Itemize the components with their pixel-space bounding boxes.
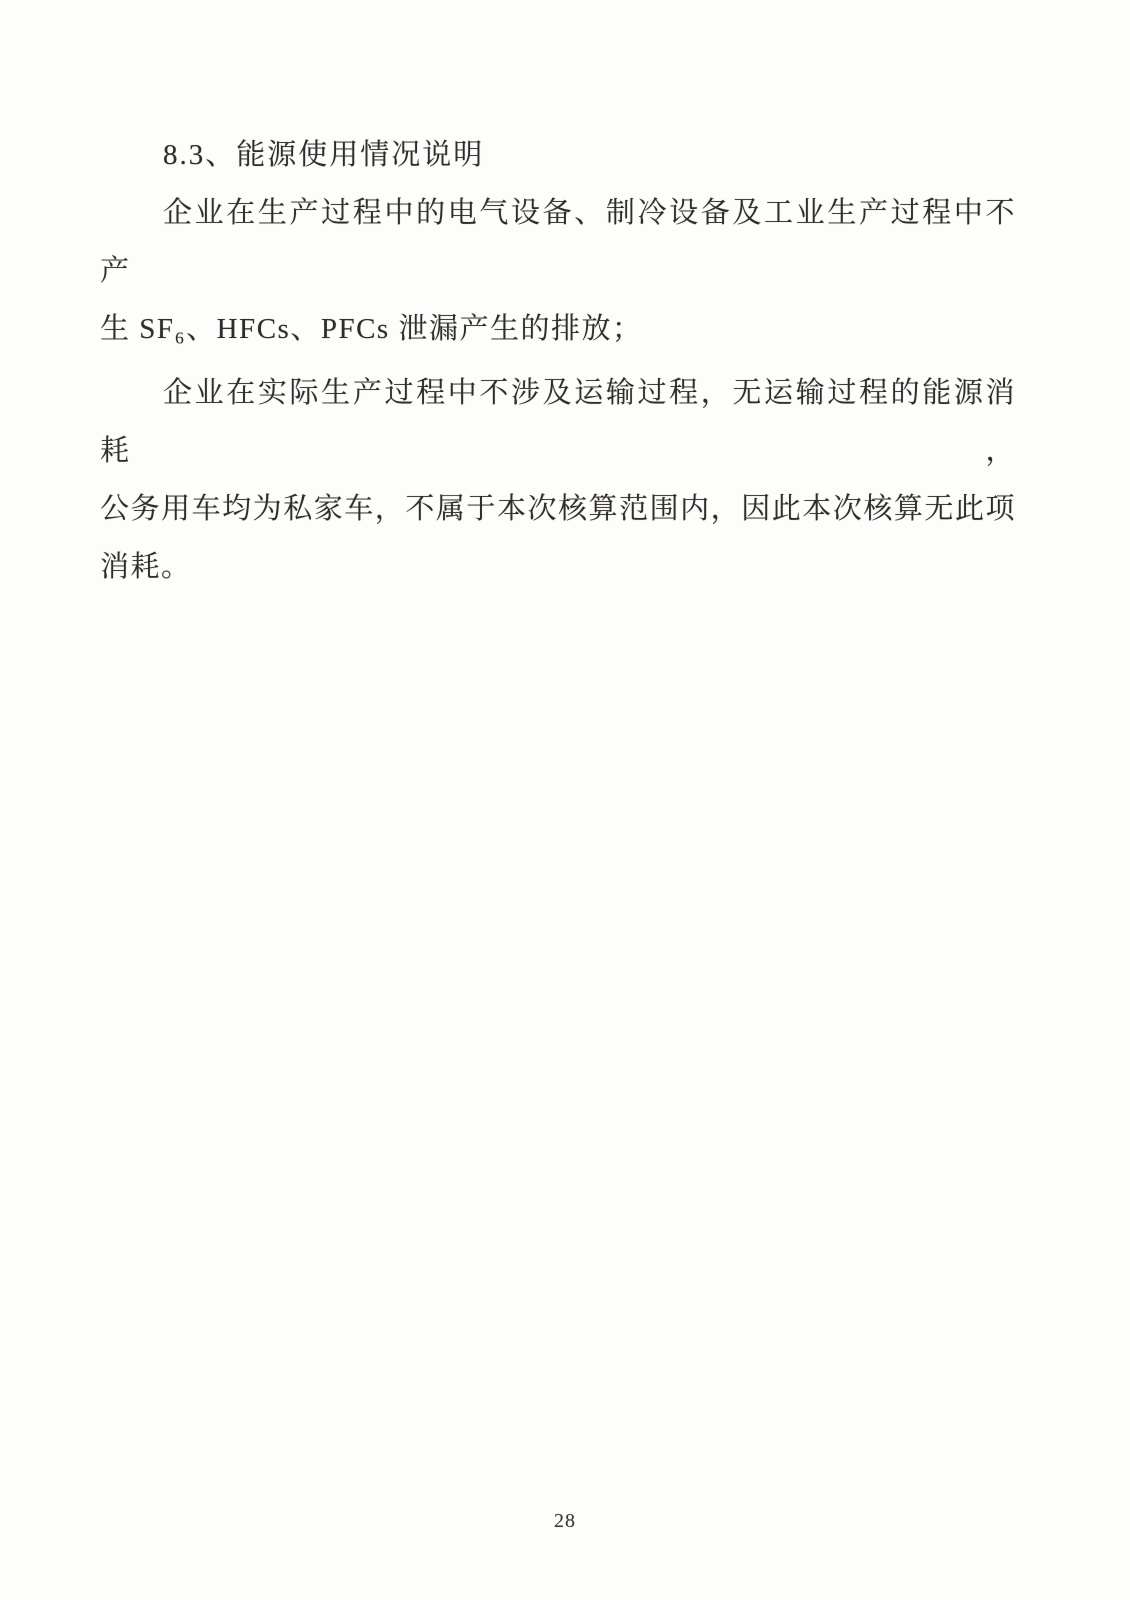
paragraph-line: 公务用车均为私家车，不属于本次核算范围内，因此本次核算无此项 [100,480,1016,538]
document-content: 8.3、能源使用情况说明 企业在生产过程中的电气设备、制冷设备及工业生产过程中不… [100,126,1016,596]
document-page: 8.3、能源使用情况说明 企业在生产过程中的电气设备、制冷设备及工业生产过程中不… [0,0,1130,1600]
paragraph-1: 企业在生产过程中的电气设备、制冷设备及工业生产过程中不产 生 SF₆、HFCs、… [100,184,1016,358]
paragraph-line: 企业在实际生产过程中不涉及运输过程，无运输过程的能源消耗， [100,364,1016,480]
section-heading: 8.3、能源使用情况说明 [100,126,1016,184]
paragraph-line: 企业在生产过程中的电气设备、制冷设备及工业生产过程中不产 [100,184,1016,300]
paragraph-2: 企业在实际生产过程中不涉及运输过程，无运输过程的能源消耗， 公务用车均为私家车，… [100,364,1016,596]
paragraph-line: 生 SF₆、HFCs、PFCs 泄漏产生的排放； [100,300,1016,358]
page-number: 28 [0,1510,1130,1533]
paragraph-line: 消耗。 [100,538,1016,596]
